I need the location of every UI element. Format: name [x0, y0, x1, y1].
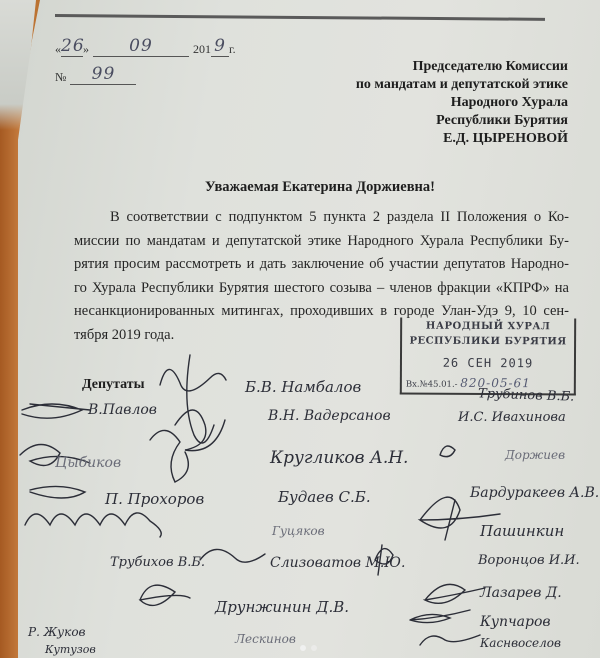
- signature-name: Слизоватов М.Ю.: [270, 555, 405, 571]
- signature-name: Пашинкин: [480, 522, 564, 540]
- signature-name: Б.В. Намбалов: [245, 378, 361, 396]
- signature-name: Лескинов: [235, 632, 296, 646]
- signature-name: Лазарев Д.: [480, 585, 562, 601]
- signature-name: Цыбиков: [55, 455, 121, 471]
- signature-name: Бардуракеев А.В.: [470, 485, 599, 501]
- signature-name: Каснвоселов: [480, 636, 561, 650]
- signature-name: Воронцов И.И.: [478, 553, 580, 568]
- signature-name: Р. Жуков: [28, 625, 86, 639]
- signature-name: В.Н. Вадерсанов: [268, 408, 391, 424]
- signature-name: Доржиев: [505, 448, 565, 462]
- signature-name: Друнжинин Д.В.: [215, 598, 349, 616]
- signature-name: Кутузов: [45, 643, 96, 656]
- image-carousel-indicator[interactable]: [300, 645, 317, 651]
- signature-name: П. Прохоров: [105, 490, 204, 508]
- carousel-dot-active[interactable]: [300, 645, 306, 651]
- signature-name: В.Павлов: [88, 402, 157, 418]
- signature-name: Гуцяков: [272, 524, 325, 538]
- carousel-dot[interactable]: [311, 645, 317, 651]
- signature-name: Трубихов В.Б.: [110, 555, 205, 570]
- signature-name: Купчаров: [480, 614, 551, 630]
- signature-name: Будаев С.Б.: [278, 488, 371, 506]
- signature-name: Кругликов А.Н.: [270, 448, 408, 468]
- signature-name: И.С. Ивахинова: [458, 410, 566, 425]
